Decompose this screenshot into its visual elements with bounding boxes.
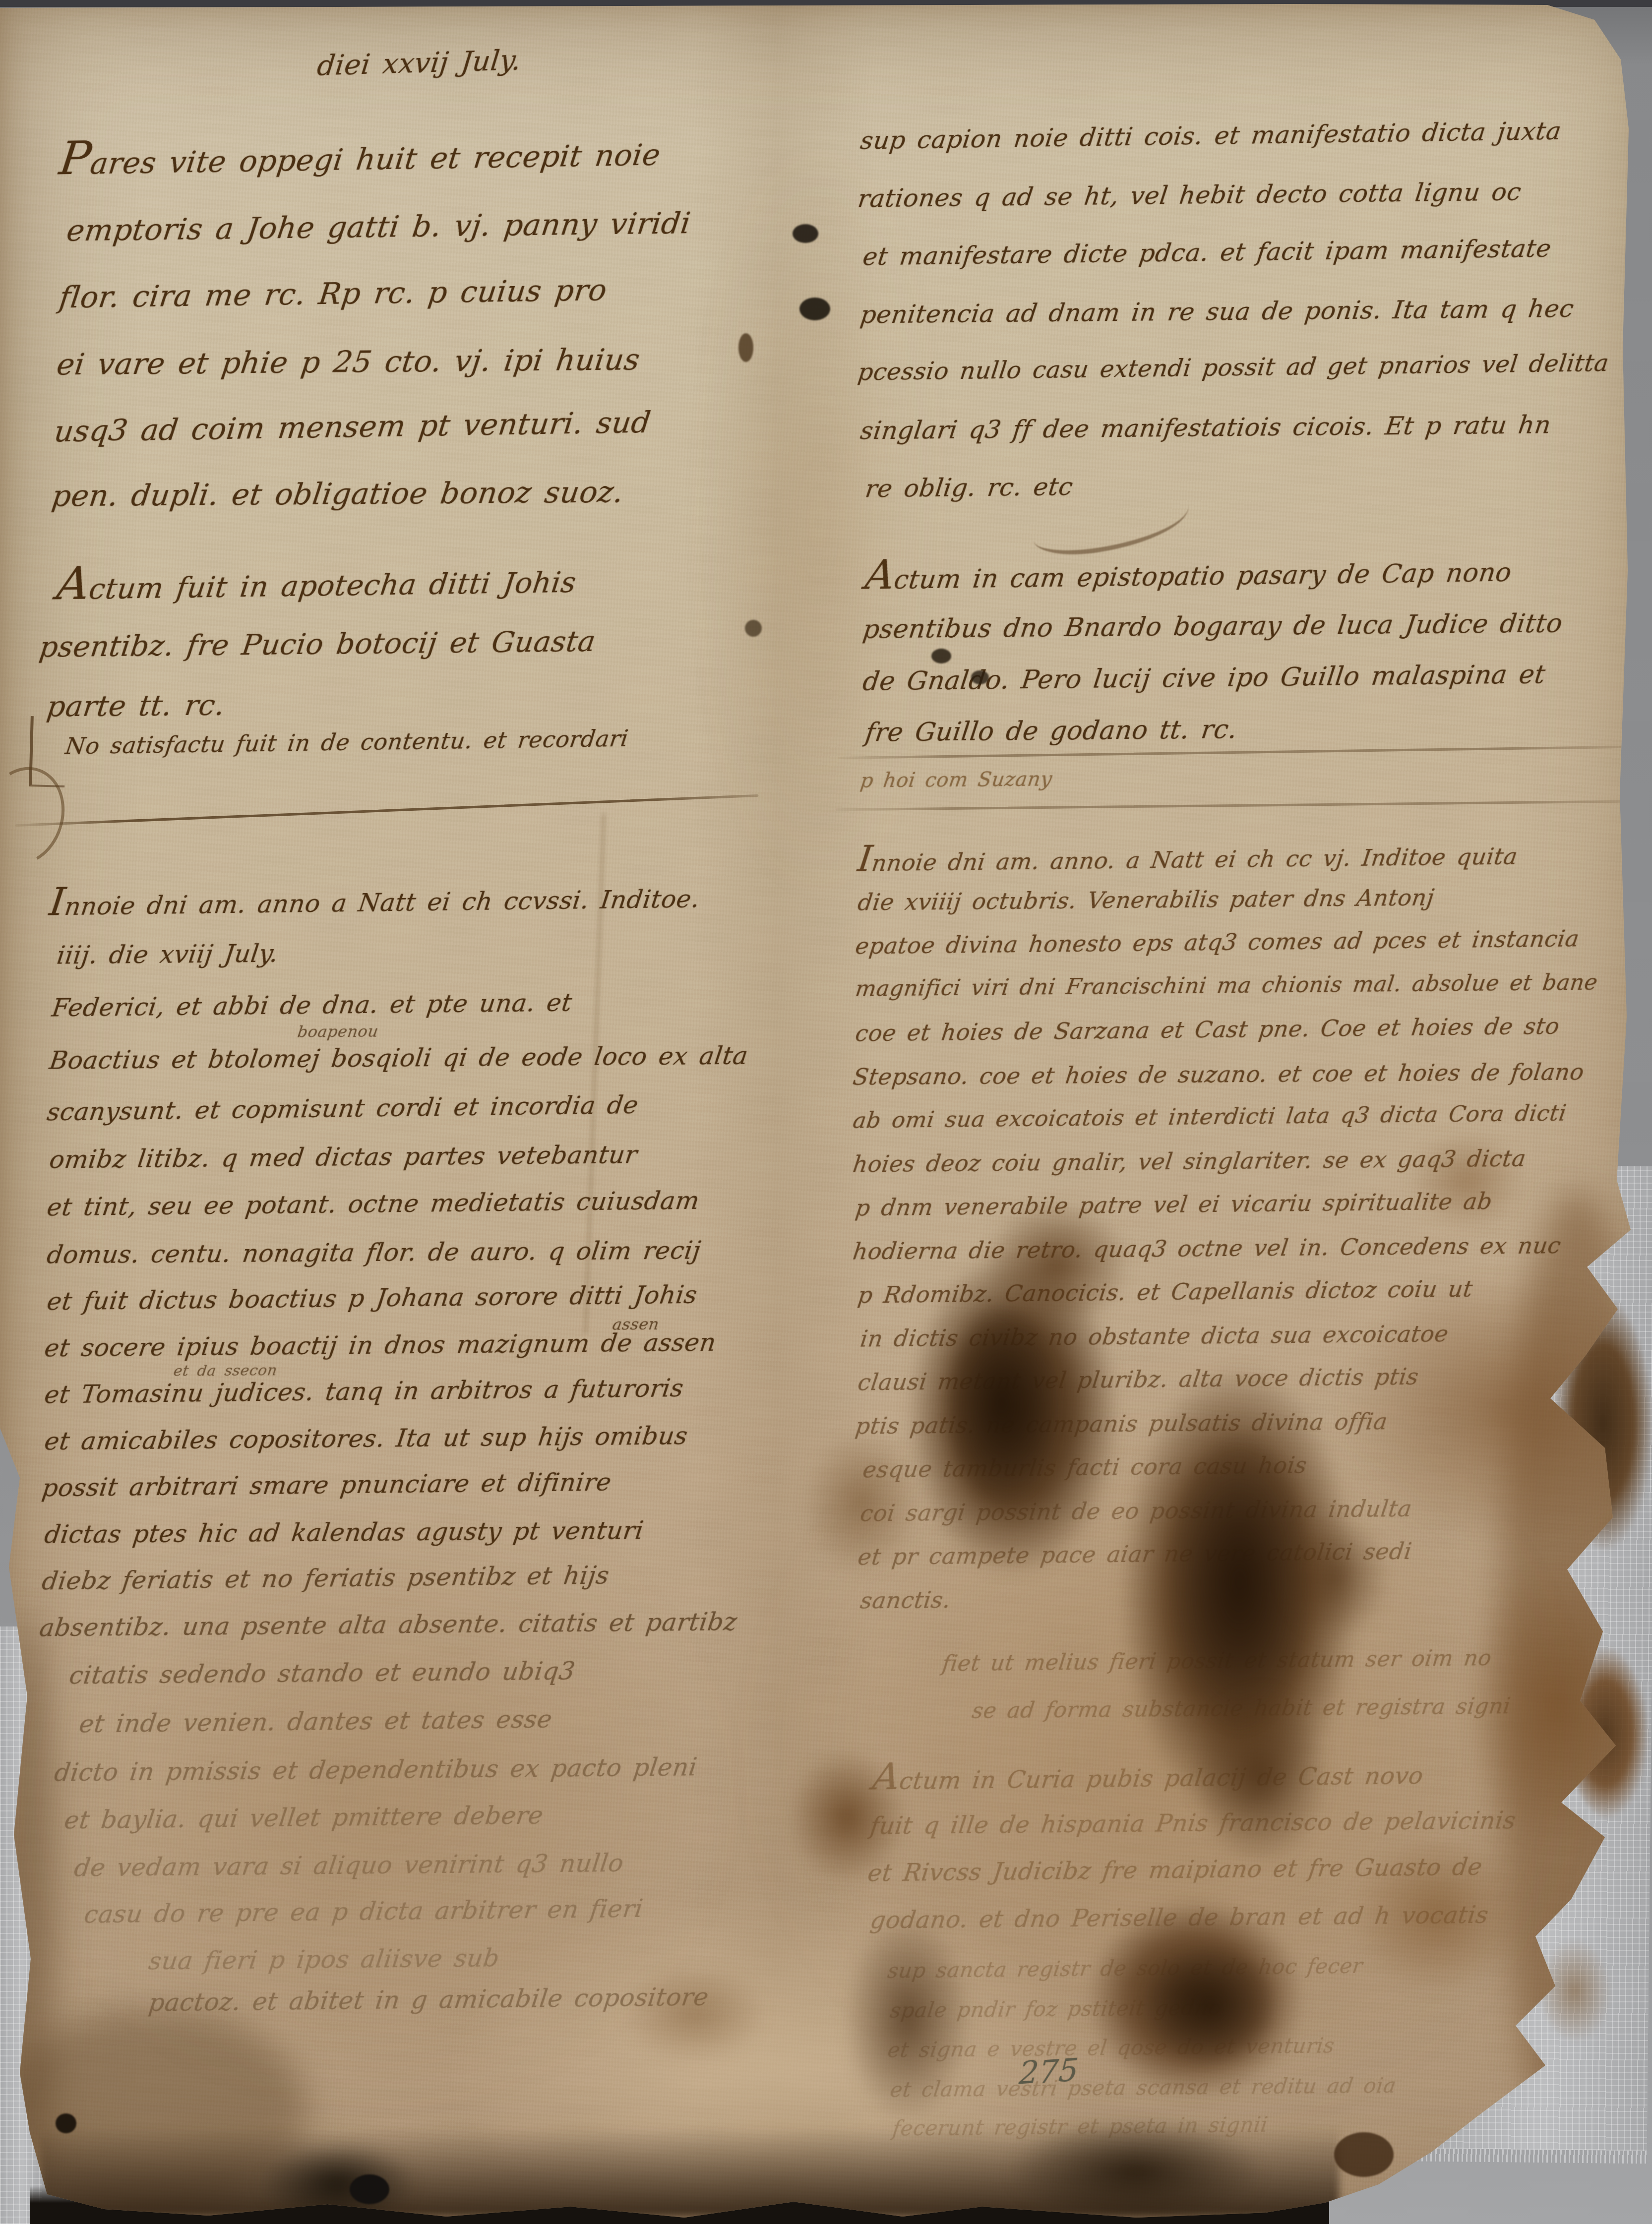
- scanned-manuscript: { "page": { "header": "diei xxvij July."…: [0, 0, 1652, 2224]
- ink-stain: [1349, 1835, 1528, 1993]
- manuscript-line: possit arbitrari smare pnunciare et difi…: [40, 1468, 613, 1503]
- interlinear-note: assen: [611, 1315, 660, 1334]
- ink-speck: [56, 2113, 76, 2133]
- manuscript-line: omibz litibz. q med dictas partes veteba…: [48, 1141, 639, 1174]
- ink-speck: [793, 224, 818, 243]
- manuscript-line: ab omi sua excoicatois et interdicti lat…: [852, 1100, 1568, 1134]
- manuscript-line: Stepsano. coe et hoies de suzano. et coe…: [851, 1059, 1586, 1090]
- interlinear-note: boapenou: [296, 1022, 379, 1041]
- ink-speck: [350, 2174, 389, 2204]
- manuscript-line: penitencia ad dnam in re sua de ponis. I…: [858, 294, 1576, 329]
- date-heading: diei xxvij July.: [315, 44, 523, 82]
- manuscript-line: sup capion noie ditti cois. et manifesta…: [858, 117, 1563, 155]
- manuscript-line: Innoie dni am. anno. a Natt ei ch cc vj.…: [856, 839, 1520, 876]
- manuscript-line: magnifici viri dni Francischini ma chion…: [854, 970, 1599, 1002]
- ink-stain: [843, 1914, 972, 2122]
- manuscript-line: et Tomasinu judices. tanq in arbitros a …: [43, 1374, 685, 1409]
- ink-speck: [745, 620, 762, 637]
- ink-speck: [1334, 2132, 1394, 2177]
- column-rule-line: [838, 746, 1622, 759]
- ink-stain-core: [1165, 1428, 1314, 1736]
- manuscript-line: pcessio nullo casu extendi possit ad get…: [856, 349, 1610, 386]
- column-rule-line: [836, 800, 1629, 811]
- water-stain-wash: [30, 1498, 724, 2093]
- manuscript-line: et fuit dictus boactius p Johana sorore …: [45, 1280, 699, 1316]
- manuscript-line: Actum in cam epistopatio pasary de Cap n…: [863, 552, 1514, 595]
- ink-stain: [802, 1428, 921, 1577]
- manuscript-line: de Gnaldo. Pero lucij cive ipo Guillo ma…: [861, 660, 1547, 697]
- ink-stain: [620, 1964, 769, 2063]
- ink-speck: [738, 333, 753, 362]
- gutter-shading: [719, 149, 918, 893]
- manuscript-line: ei vare et phie p 25 cto. vj. ipi huius: [55, 342, 642, 382]
- manuscript-line: singlari q3 ff dee manifestatiois cicois…: [858, 411, 1553, 445]
- manuscript-line: psentibus dno Bnardo bogaray de luca Jud…: [861, 609, 1564, 645]
- manuscript-line: et tint, seu ee potant. octne medietatis…: [45, 1186, 701, 1222]
- manuscript-line: et amicabiles copositores. Ita ut sup hi…: [43, 1422, 689, 1456]
- manuscript-line: Pares vite oppegi huit et recepit noie: [57, 132, 663, 181]
- manuscript-line: Federici, et abbi de dna. et pte una. et: [50, 988, 574, 1022]
- manuscript-line: et manifestare dicte pdca. et facit ipam…: [861, 234, 1553, 271]
- manuscript-line: die xviiij octubris. Venerabilis pater d…: [856, 884, 1436, 916]
- manuscript-line: psentibz. fre Pucio botocij et Guasta: [38, 624, 598, 663]
- manuscript-line: rationes q ad se ht, vel hebit decto cot…: [856, 178, 1523, 213]
- manuscript-line: Innoie dni am. anno a Natt ei ch ccvssi.…: [48, 880, 702, 921]
- ink-stain-core: [942, 1299, 1061, 1507]
- ink-speck: [971, 670, 989, 684]
- manuscript-line: epatoe divina honesto eps atq3 comes ad …: [854, 925, 1581, 960]
- manuscript-line: domus. centu. nonagita flor. de auro. q …: [45, 1236, 702, 1269]
- ink-stain-core: [1141, 1944, 1280, 2068]
- manuscript-line: coe et hoies de Sarzana et Cast pne. Coe…: [854, 1013, 1561, 1047]
- pen-hook-mark: [0, 756, 77, 876]
- manuscript-line: parte tt. rc.: [45, 688, 227, 723]
- manuscript-line: emptoris a Johe gatti b. vj. panny virid…: [65, 206, 693, 248]
- manuscript-line: Boactius et btolomej bosqioli qi de eode…: [48, 1041, 750, 1075]
- manuscript-line: fre Guillo de godano tt. rc.: [863, 715, 1239, 748]
- manuscript-line: flor. cira me rc. Rp rc. p cuius pro: [58, 273, 609, 315]
- ink-stain: [1007, 2117, 1265, 2224]
- manuscript-line: iiij. die xviij July.: [55, 939, 280, 970]
- ink-speck: [799, 298, 830, 320]
- manuscript-page: diei xxvij July. Pares vite oppegi huit …: [0, 0, 1652, 2224]
- marginal-note: No satisfactu fuit in de contentu. et re…: [64, 725, 630, 760]
- section-divider-line: [15, 794, 759, 827]
- manuscript-line: p dnm venerabile patre vel ei vicariu sp…: [854, 1188, 1494, 1222]
- ink-stain: [1408, 1131, 1528, 1230]
- manuscript-line: Actum fuit in apotecha ditti Johis: [55, 560, 579, 606]
- ink-stain: [788, 1750, 907, 1884]
- manuscript-line: pen. dupli. et obligatioe bonoz suoz.: [50, 475, 626, 513]
- interlinear-note: et da ssecon: [173, 1362, 278, 1380]
- ink-speck: [931, 649, 951, 663]
- manuscript-line: scanysunt. et copmisunt cordi et incordi…: [45, 1090, 640, 1127]
- manuscript-line: usq3 ad coim mensem pt venturi. sud: [53, 405, 653, 449]
- manuscript-line: hodierna die retro. quaq3 octne vel in. …: [851, 1232, 1562, 1265]
